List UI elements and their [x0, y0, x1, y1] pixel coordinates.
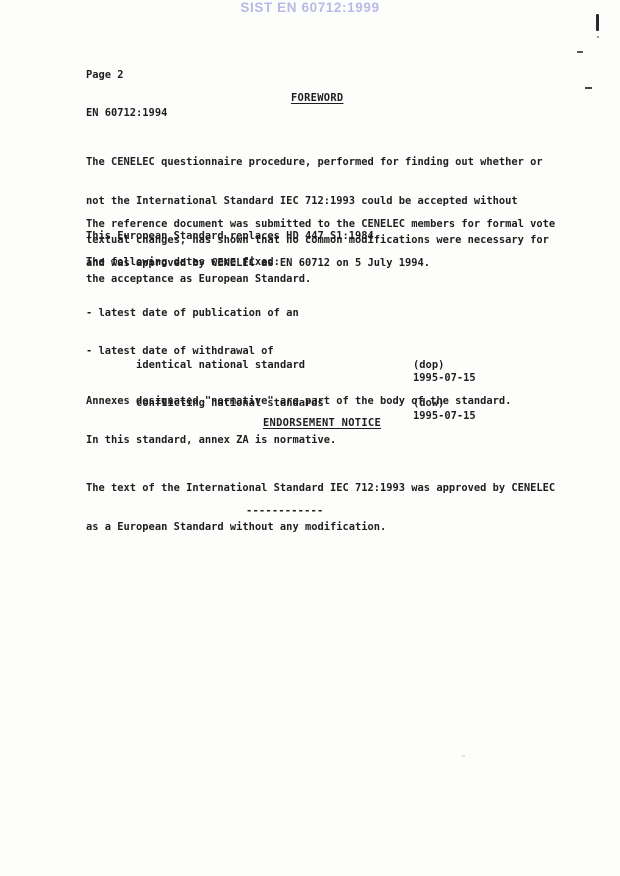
- scan-artifact-dash: [585, 87, 592, 89]
- text-line: as a European Standard without any modif…: [86, 521, 555, 534]
- endorsement-notice-heading: ENDORSEMENT NOTICE: [263, 417, 381, 430]
- foreword-heading: FOREWORD: [291, 92, 343, 105]
- foreword-paragraph-3: This European Standard replaces HD 447 S…: [86, 230, 380, 243]
- end-separator-dashes: ------------: [246, 505, 323, 518]
- scan-speck: [462, 755, 465, 757]
- page-number-label: Page 2: [86, 69, 167, 82]
- scan-artifact-mark: [596, 14, 599, 31]
- scan-artifact-dash: [577, 51, 583, 53]
- text-line: In this standard, annex ZA is normative.: [86, 434, 511, 447]
- text-line: - latest date of withdrawal of: [86, 345, 324, 358]
- text-line: The CENELEC questionnaire procedure, per…: [86, 156, 549, 169]
- text-line: The text of the International Standard I…: [86, 482, 555, 495]
- sist-watermark: SIST EN 60712:1999: [0, 1, 620, 14]
- scanned-document-page: SIST EN 60712:1999 Page 2 EN 60712:1994 …: [0, 0, 620, 876]
- scan-artifact-dot: [597, 36, 599, 38]
- doc-reference: EN 60712:1994: [86, 107, 167, 120]
- text-line: Annexes designated "normative" are part …: [86, 395, 511, 408]
- dates-intro: The following dates were fixed:: [86, 256, 280, 269]
